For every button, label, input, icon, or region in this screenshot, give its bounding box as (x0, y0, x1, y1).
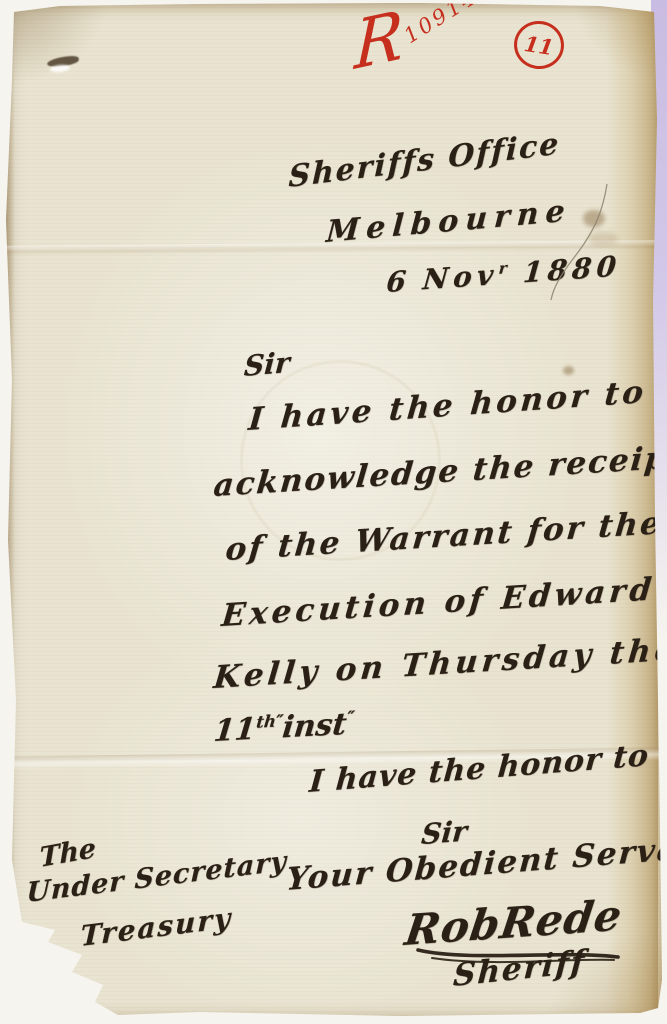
letter-paper: R 10914 11 Sheriffs Office Melbourne 6No… (0, 0, 667, 1024)
paper-stain (588, 232, 618, 246)
salutation: Sir (243, 346, 291, 383)
recipient-line-3: Treasury (80, 901, 233, 953)
closing-line-2: Sir (420, 815, 468, 851)
paper-stain (583, 210, 605, 227)
date-month: Nov (421, 258, 499, 297)
body-line-5: Kelly on Thursday the (212, 631, 667, 696)
insertion-mark: ″ (346, 707, 355, 727)
registry-number: 10914 (400, 0, 482, 48)
signature-title: Sheriff (452, 944, 587, 994)
letterhead-office: Sheriffs Office (288, 126, 561, 195)
recipient-line-1: The (39, 833, 96, 874)
execution-day: 11 (212, 712, 257, 749)
date-day: 6 (385, 264, 412, 299)
circled-page-number: 11 (511, 17, 568, 72)
paper-left-edge (0, 0, 15, 1024)
letterhead-date: 6Novr1880 (385, 249, 622, 299)
scanned-letter: R 10914 11 Sheriffs Office Melbourne 6No… (0, 0, 667, 1024)
body-line-4: Execution of Edward (220, 571, 657, 634)
circled-page-number-value: 11 (523, 30, 556, 59)
body-line-6: 11th″inst″ (212, 706, 356, 749)
paper-tear-highlight (50, 64, 71, 73)
execution-day-word: inst (281, 707, 349, 746)
date-superscript: r (498, 259, 513, 278)
signature-name: RobRede (402, 890, 625, 955)
paper-stain (563, 366, 574, 375)
date-year: 1880 (522, 249, 623, 289)
registry-letter: R (353, 0, 404, 85)
